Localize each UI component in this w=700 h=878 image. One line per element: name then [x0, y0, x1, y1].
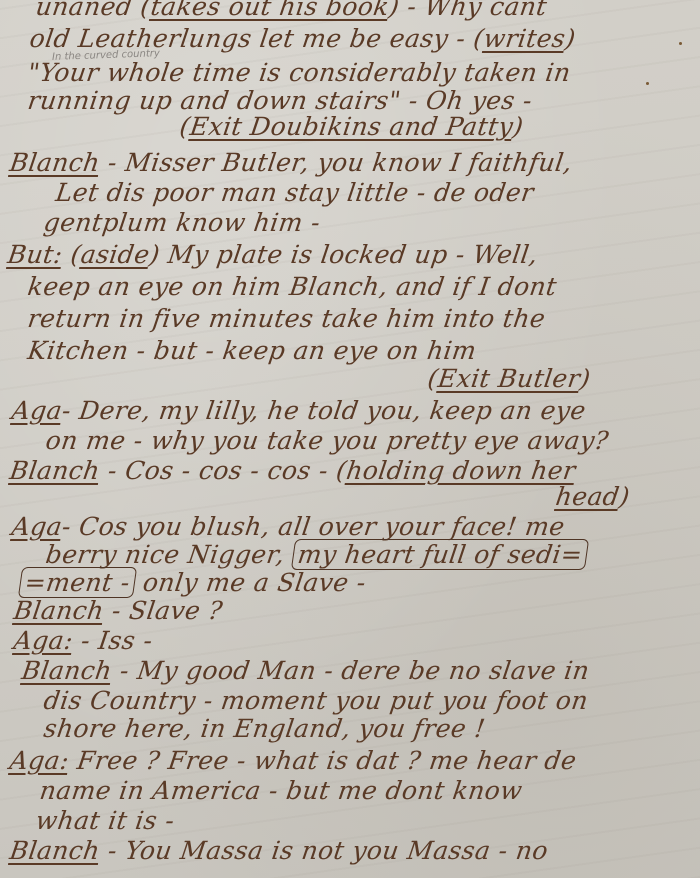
line-text: Free ? Free - what is dat ? me hear de — [75, 746, 578, 775]
manuscript-line: Blanch - Slave ? — [12, 596, 225, 625]
line-text: ) My plate is locked up - Well, — [148, 240, 540, 269]
manuscript-page: In the curved country unaned (takes out … — [0, 0, 700, 878]
line-text: running up and down stairs" - Oh yes - — [26, 86, 534, 115]
manuscript-line: (Exit Doubikins and Patty) — [178, 112, 525, 141]
manuscript-line: But: (aside) My plate is locked up - Wel… — [6, 240, 540, 269]
paper-speck — [679, 42, 682, 45]
struck-out-phrase: =ment - — [18, 567, 137, 598]
speaker-name: Blanch — [8, 836, 102, 865]
manuscript-line: on me - why you take you pretty eye away… — [44, 426, 611, 455]
manuscript-line: dis Country - moment you put you foot on — [42, 686, 590, 715]
line-text: ) — [563, 24, 577, 53]
manuscript-line: shore here, in England, you free ! — [42, 714, 487, 743]
line-text: return in five minutes take him into the — [26, 304, 547, 333]
line-text: keep an eye on him Blanch, and if I dont — [26, 272, 559, 301]
speaker-name: But: — [6, 240, 65, 269]
struck-out-phrase: my heart full of sedi= — [291, 539, 590, 570]
manuscript-line: Aga: Free ? Free - what is dat ? me hear… — [8, 746, 578, 775]
line-text: - Cos - cos - cos - ( — [106, 456, 348, 485]
line-text: - Cos you blush, all over your face! me — [60, 512, 567, 541]
manuscript-line: Blanch - My good Man - dere be no slave … — [20, 656, 591, 685]
manuscript-line: gentplum know him - — [42, 208, 322, 237]
line-text: old Leatherlungs let me be easy - ( — [28, 24, 486, 53]
manuscript-line: Blanch - You Massa is not you Massa - no — [8, 836, 550, 865]
speaker-name: Aga: — [8, 746, 71, 775]
manuscript-line: name in America - but me dont know — [38, 776, 524, 805]
manuscript-line: =ment - only me a Slave - — [18, 568, 368, 597]
speaker-name: Blanch — [8, 456, 102, 485]
line-text: shore here, in England, you free ! — [42, 714, 487, 743]
manuscript-line: old Leatherlungs let me be easy - (write… — [28, 24, 578, 53]
stage-direction: holding down her — [345, 456, 578, 485]
speaker-name: Blanch — [20, 656, 114, 685]
line-text: - You Massa is not you Massa - no — [106, 836, 550, 865]
line-text: ) - Why cant — [387, 0, 549, 21]
stage-direction: head — [554, 482, 621, 511]
speaker-name: Aga — [10, 512, 64, 541]
paper-speck — [646, 82, 649, 85]
stage-direction: takes out his book — [149, 0, 391, 21]
line-text: name in America - but me dont know — [38, 776, 524, 805]
manuscript-line: Blanch - Cos - cos - cos - (holding down… — [8, 456, 578, 485]
line-text: unaned ( — [34, 0, 153, 21]
line-text: on me - why you take you pretty eye away… — [44, 426, 611, 455]
manuscript-line: unaned (takes out his book) - Why cant — [34, 0, 549, 21]
line-text: Kitchen - but - keep an eye on him — [26, 336, 478, 365]
manuscript-line: berry nice Nigger, my heart full of sedi… — [44, 540, 590, 569]
manuscript-line: what it is - — [34, 806, 176, 835]
line-text: - My good Man - dere be no slave in — [118, 656, 591, 685]
speaker-name: Blanch — [8, 148, 102, 177]
line-text: what it is - — [34, 806, 176, 835]
manuscript-line: Aga: - Iss - — [12, 626, 155, 655]
speaker-name: Aga: — [12, 626, 75, 655]
line-text: - Iss - — [79, 626, 154, 655]
manuscript-line: "Your whole time is considerably taken i… — [26, 58, 573, 87]
line-text: "Your whole time is considerably taken i… — [26, 58, 573, 87]
line-text: berry nice Nigger, — [44, 540, 287, 569]
manuscript-line: return in five minutes take him into the — [26, 304, 547, 333]
line-text: ) — [617, 482, 631, 511]
manuscript-line: Aga- Dere, my lilly, he told you, keep a… — [10, 396, 588, 425]
manuscript-line: Aga- Cos you blush, all over your face! … — [10, 512, 567, 541]
line-text: gentplum know him - — [42, 208, 322, 237]
stage-direction: Exit Butler — [436, 364, 582, 393]
speaker-name: Blanch — [12, 596, 106, 625]
stage-direction: writes — [482, 24, 567, 53]
manuscript-line: running up and down stairs" - Oh yes - — [26, 86, 534, 115]
line-text: - Slave ? — [110, 596, 224, 625]
manuscript-line: Let dis poor man stay little - de oder — [54, 178, 536, 207]
manuscript-line: (Exit Butler) — [426, 364, 592, 393]
stage-direction: Exit Doubikins and Patty — [188, 112, 515, 141]
manuscript-line: keep an eye on him Blanch, and if I dont — [26, 272, 559, 301]
manuscript-line: Blanch - Misser Butler, you know I faith… — [8, 148, 574, 177]
stage-direction: aside — [79, 240, 152, 269]
line-text: dis Country - moment you put you foot on — [42, 686, 590, 715]
line-text: - Misser Butler, you know I faithful, — [106, 148, 574, 177]
speaker-name: Aga — [10, 396, 64, 425]
line-text: Let dis poor man stay little - de oder — [54, 178, 536, 207]
line-text: - Dere, my lilly, he told you, keep an e… — [60, 396, 588, 425]
manuscript-line: Kitchen - but - keep an eye on him — [26, 336, 478, 365]
line-text: only me a Slave - — [133, 568, 368, 597]
manuscript-line: head) — [554, 482, 632, 511]
